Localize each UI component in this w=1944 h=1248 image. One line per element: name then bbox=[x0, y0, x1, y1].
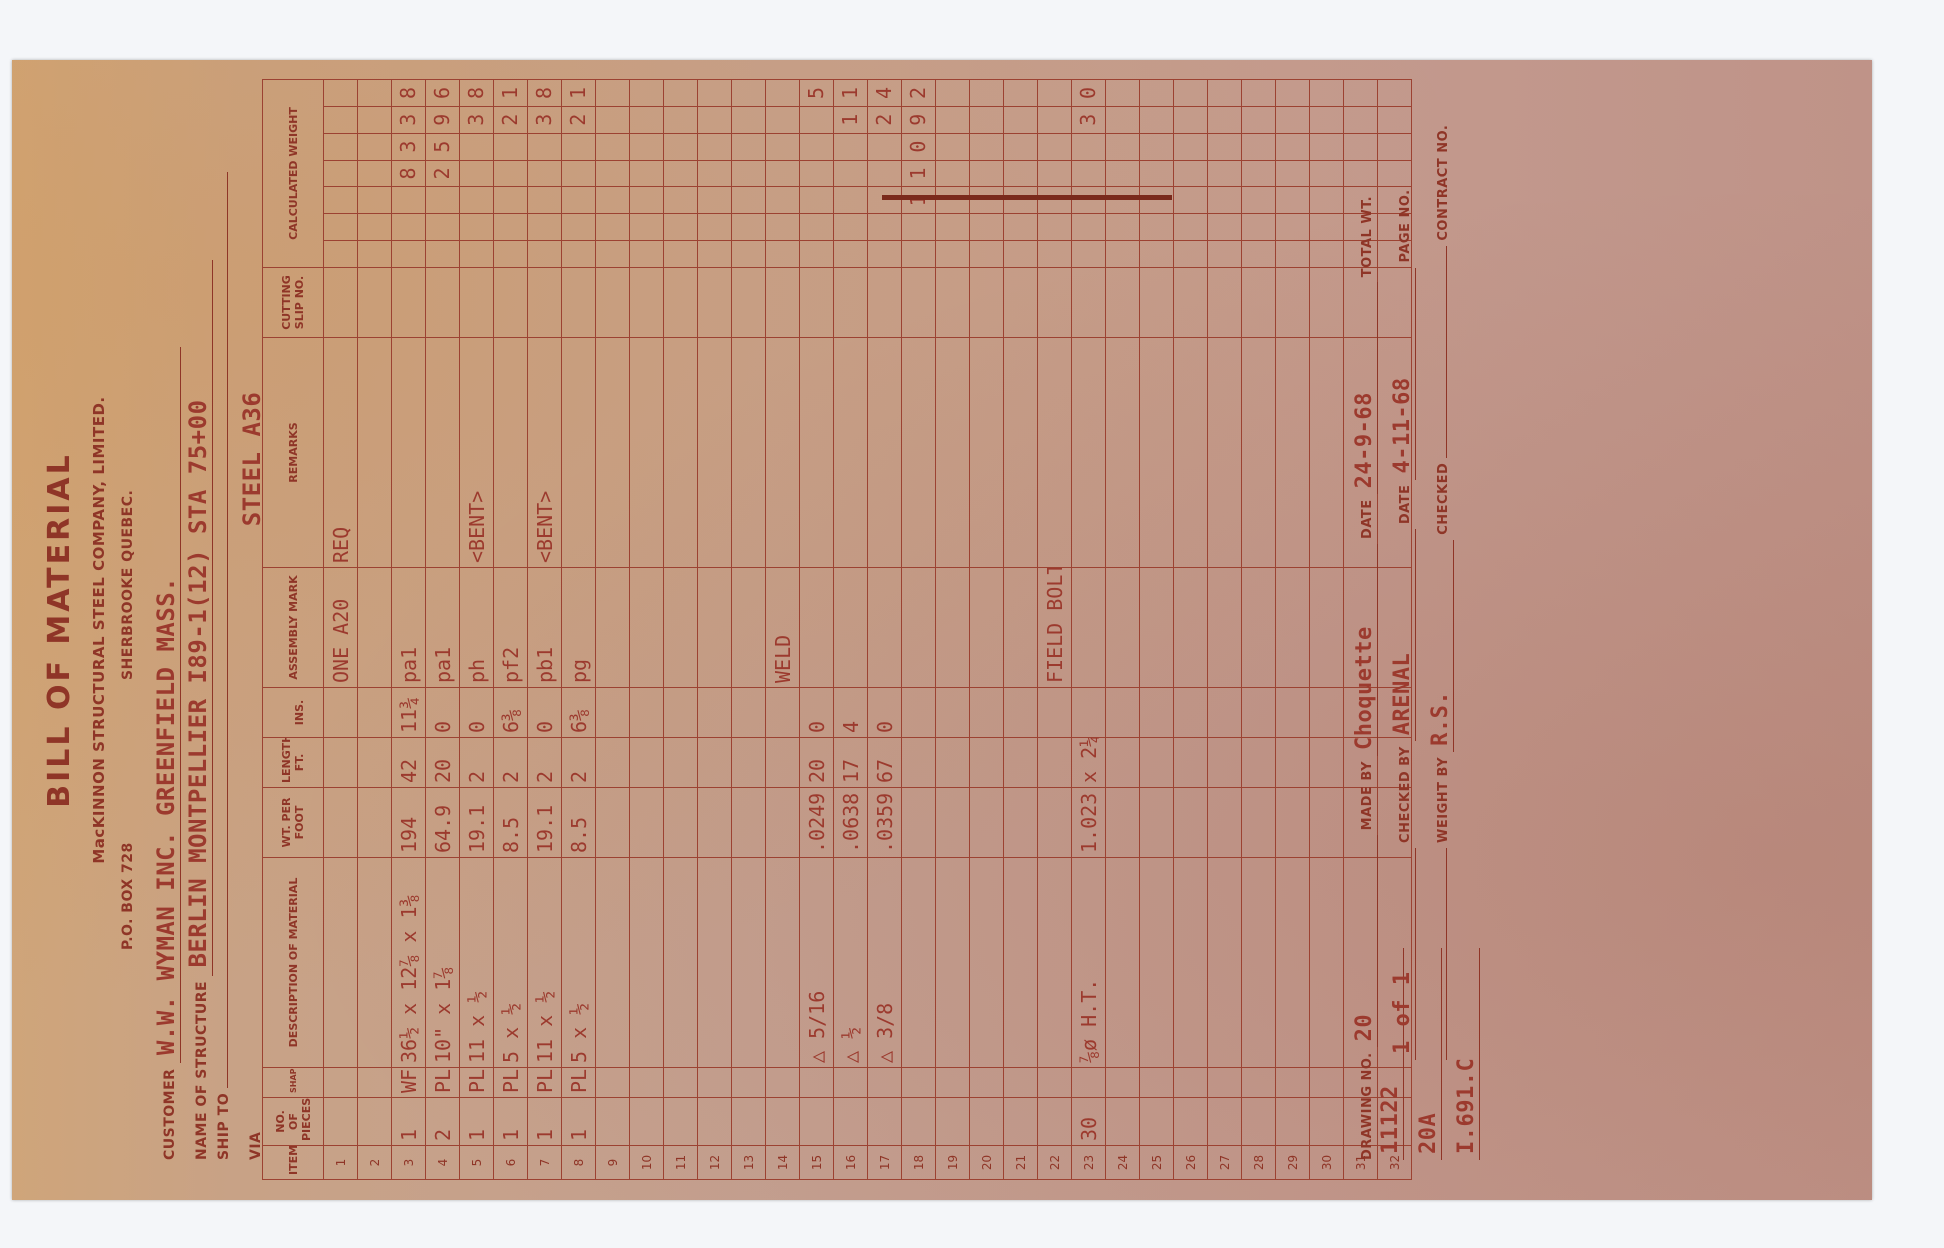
cell-slip bbox=[392, 268, 426, 338]
cell-ft: 17 bbox=[834, 738, 868, 788]
cell-pieces bbox=[1276, 1098, 1310, 1146]
weight-digit bbox=[1072, 134, 1105, 161]
cell-ft: 2 bbox=[528, 738, 562, 788]
made-by-value: Choquette bbox=[1352, 544, 1378, 756]
cell-mark bbox=[630, 568, 664, 688]
cell-slip bbox=[426, 268, 460, 338]
cell-shape bbox=[1072, 1068, 1106, 1098]
cell-pieces bbox=[358, 1098, 392, 1146]
cell-item: 4 bbox=[426, 1146, 460, 1180]
cell-item: 26 bbox=[1174, 1146, 1208, 1180]
material-table: ITEM NO. OF PIECES SHAPE DESCRIPTION OF … bbox=[262, 79, 1412, 1180]
cell-pieces bbox=[698, 1098, 732, 1146]
cell-remarks bbox=[494, 338, 528, 568]
drawing-no-value: 20 bbox=[1352, 835, 1378, 1047]
weight-digit bbox=[1174, 161, 1207, 188]
weight-digit bbox=[1242, 214, 1275, 241]
cell-pieces bbox=[1004, 1098, 1038, 1146]
cell-description bbox=[1038, 858, 1072, 1068]
weight-digit bbox=[766, 187, 799, 214]
weight-by-label: WEIGHT BY bbox=[1436, 757, 1451, 843]
weight-digit bbox=[1276, 161, 1309, 188]
weight-digit bbox=[1310, 134, 1343, 161]
cell-slip bbox=[766, 268, 800, 338]
weight-digit bbox=[664, 214, 697, 241]
table-row: 2330⅞ø H.T.1.023x 2¼30 bbox=[1072, 80, 1106, 1180]
weight-digit bbox=[494, 161, 527, 188]
cell-wt bbox=[1242, 788, 1276, 858]
cell-description bbox=[1174, 858, 1208, 1068]
cell-ft: 20 bbox=[426, 738, 460, 788]
weight-digit bbox=[1276, 134, 1309, 161]
cell-remarks bbox=[1072, 338, 1106, 568]
weight-digit bbox=[358, 187, 391, 214]
col-length-ins: INS. bbox=[263, 688, 324, 738]
cell-shape bbox=[834, 1068, 868, 1098]
cell-calculated-weight bbox=[732, 80, 766, 268]
weight-digit: 1 bbox=[562, 80, 595, 107]
cell-wt bbox=[1310, 788, 1344, 858]
cell-item: 30 bbox=[1310, 1146, 1344, 1180]
cell-pieces bbox=[596, 1098, 630, 1146]
checked-label: CHECKED bbox=[1436, 463, 1451, 535]
weight-digit bbox=[358, 80, 391, 107]
table-row: 61PL5 x ½8.526⅜pf221 bbox=[494, 80, 528, 1180]
weight-digit: 8 bbox=[528, 80, 561, 107]
cell-ft bbox=[766, 738, 800, 788]
table-row: 25 bbox=[1140, 80, 1174, 1180]
weight-digit bbox=[902, 214, 935, 241]
weight-digit bbox=[1106, 107, 1139, 134]
cell-pieces: 1 bbox=[528, 1098, 562, 1146]
weight-digit bbox=[970, 134, 1003, 161]
total-rule-line bbox=[882, 195, 1172, 200]
cell-shape bbox=[1038, 1068, 1072, 1098]
cell-slip bbox=[834, 268, 868, 338]
weight-digit bbox=[324, 214, 357, 241]
cell-ft bbox=[1106, 738, 1140, 788]
cell-description bbox=[664, 858, 698, 1068]
cell-pieces bbox=[664, 1098, 698, 1146]
cell-description: 10" x 1⅞ bbox=[426, 858, 460, 1068]
cell-pieces bbox=[800, 1098, 834, 1146]
col-remarks: REMARKS bbox=[263, 338, 324, 568]
cell-pieces: 1 bbox=[562, 1098, 596, 1146]
table-row: 1ONE A20REQ bbox=[324, 80, 358, 1180]
cell-slip bbox=[1038, 268, 1072, 338]
weight-digit bbox=[1004, 134, 1037, 161]
cell-shape bbox=[596, 1068, 630, 1098]
weight-digit: 0 bbox=[1072, 80, 1105, 107]
weight-digit bbox=[698, 241, 731, 267]
cell-item: 3 bbox=[392, 1146, 426, 1180]
table-row: 17△ 3/8.035967024 bbox=[868, 80, 902, 1180]
cell-mark bbox=[1072, 568, 1106, 688]
cell-slip bbox=[630, 268, 664, 338]
cell-slip bbox=[936, 268, 970, 338]
weight-digit bbox=[1072, 187, 1105, 214]
cell-remarks bbox=[1106, 338, 1140, 568]
weight-digit bbox=[868, 241, 901, 267]
weight-digit bbox=[766, 80, 799, 107]
cell-ft bbox=[664, 738, 698, 788]
cell-item: 23 bbox=[1072, 1146, 1106, 1180]
cell-wt bbox=[358, 788, 392, 858]
cell-item: 12 bbox=[698, 1146, 732, 1180]
weight-digit bbox=[936, 134, 969, 161]
cell-item: 29 bbox=[1276, 1146, 1310, 1180]
weight-digit bbox=[494, 241, 527, 267]
cell-calculated-weight: 21 bbox=[494, 80, 528, 268]
cell-mark bbox=[970, 568, 1004, 688]
table-row: 12 bbox=[698, 80, 732, 1180]
cell-calculated-weight bbox=[936, 80, 970, 268]
cell-ins bbox=[630, 688, 664, 738]
cell-description bbox=[1106, 858, 1140, 1068]
cell-shape bbox=[1242, 1068, 1276, 1098]
cell-description bbox=[970, 858, 1004, 1068]
ship-to-label: SHIP TO bbox=[216, 1093, 232, 1160]
weight-digit bbox=[800, 241, 833, 267]
table-row: 9 bbox=[596, 80, 630, 1180]
table-row: 31WF36½ x 12⅞ x 1⅜1944211¾pa18338 bbox=[392, 80, 426, 1180]
cell-calculated-weight: 11092 bbox=[902, 80, 936, 268]
cell-mark: pa1 bbox=[426, 568, 460, 688]
cell-mark bbox=[902, 568, 936, 688]
cell-item: 17 bbox=[868, 1146, 902, 1180]
weight-digit bbox=[528, 187, 561, 214]
cell-ins bbox=[358, 688, 392, 738]
cell-item: 24 bbox=[1106, 1146, 1140, 1180]
weight-digit: 2 bbox=[902, 80, 935, 107]
cell-item: 1 bbox=[324, 1146, 358, 1180]
cell-ins: 6⅜ bbox=[494, 688, 528, 738]
weight-digit bbox=[1004, 107, 1037, 134]
bill-of-material-sheet: BILL OF MATERIAL MacKINNON STRUCTURAL ST… bbox=[12, 60, 1872, 1200]
cell-mark bbox=[1208, 568, 1242, 688]
table-row: 26 bbox=[1174, 80, 1208, 1180]
cell-item: 28 bbox=[1242, 1146, 1276, 1180]
weight-digit bbox=[324, 241, 357, 267]
weight-digit bbox=[392, 214, 425, 241]
cell-ft: 2 bbox=[562, 738, 596, 788]
weight-digit bbox=[800, 161, 833, 188]
cell-calculated-weight bbox=[630, 80, 664, 268]
weight-digit bbox=[936, 80, 969, 107]
weight-digit: 3 bbox=[528, 107, 561, 134]
cell-mark: pa1 bbox=[392, 568, 426, 688]
cell-pieces bbox=[766, 1098, 800, 1146]
cell-ins: 4 bbox=[834, 688, 868, 738]
cell-pieces bbox=[1106, 1098, 1140, 1146]
cell-mark bbox=[1310, 568, 1344, 688]
footer-row-3: WEIGHT BY R.S. CHECKED CONTRACT NO. I.69… bbox=[1428, 60, 1480, 1160]
table-row: 81PL5 x ½8.526⅜pg21 bbox=[562, 80, 596, 1180]
weight-digit bbox=[630, 214, 663, 241]
weight-digit bbox=[1106, 161, 1139, 188]
cell-wt bbox=[1038, 788, 1072, 858]
table-row: 15△ 5/16.02492005 bbox=[800, 80, 834, 1180]
cell-shape bbox=[358, 1068, 392, 1098]
cell-slip bbox=[596, 268, 630, 338]
cell-ft: x 2¼ bbox=[1072, 738, 1106, 788]
weight-digit bbox=[1310, 187, 1343, 214]
cell-remarks bbox=[936, 338, 970, 568]
date2-label: DATE bbox=[1398, 485, 1413, 525]
weight-digit bbox=[1242, 161, 1275, 188]
weight-digit bbox=[1004, 214, 1037, 241]
weight-digit bbox=[1276, 187, 1309, 214]
cell-ft: 67 bbox=[868, 738, 902, 788]
cell-pieces: 1 bbox=[494, 1098, 528, 1146]
cell-pieces bbox=[1242, 1098, 1276, 1146]
cell-shape bbox=[1004, 1068, 1038, 1098]
weight-digit bbox=[1242, 134, 1275, 161]
cell-slip bbox=[528, 268, 562, 338]
weight-digit: 8 bbox=[392, 161, 425, 188]
cell-slip bbox=[970, 268, 1004, 338]
cell-ft bbox=[1038, 738, 1072, 788]
cell-calculated-weight bbox=[324, 80, 358, 268]
weight-digit bbox=[324, 107, 357, 134]
weight-digit: 3 bbox=[460, 107, 493, 134]
company-name: MacKINNON STRUCTURAL STEEL COMPANY, LIMI… bbox=[90, 60, 108, 1200]
cell-calculated-weight bbox=[1038, 80, 1072, 268]
weight-digit bbox=[1038, 134, 1071, 161]
length-ins-label: INS. bbox=[293, 700, 306, 725]
col-assembly-mark: ASSEMBLY MARK bbox=[263, 568, 324, 688]
cell-wt: 1.023 bbox=[1072, 788, 1106, 858]
cell-remarks bbox=[596, 338, 630, 568]
cell-slip bbox=[664, 268, 698, 338]
cell-ft: 42 bbox=[392, 738, 426, 788]
weight-digit bbox=[868, 187, 901, 214]
weight-digit bbox=[1038, 161, 1071, 188]
weight-digit bbox=[664, 107, 697, 134]
weight-digit bbox=[1242, 80, 1275, 107]
cell-ins bbox=[1276, 688, 1310, 738]
weight-digit bbox=[732, 161, 765, 188]
weight-digit bbox=[1276, 107, 1309, 134]
cell-mark bbox=[868, 568, 902, 688]
cell-description: △ ½ bbox=[834, 858, 868, 1068]
cell-ins bbox=[970, 688, 1004, 738]
weight-digit bbox=[1310, 107, 1343, 134]
cell-shape bbox=[698, 1068, 732, 1098]
cell-mark: ONE A20 bbox=[324, 568, 358, 688]
weight-digit bbox=[562, 161, 595, 188]
weight-digit: 3 bbox=[1072, 107, 1105, 134]
cell-remarks bbox=[630, 338, 664, 568]
cell-item: 9 bbox=[596, 1146, 630, 1180]
cell-remarks bbox=[1208, 338, 1242, 568]
cell-pieces: 1 bbox=[460, 1098, 494, 1146]
cell-mark: FIELD BOLTS bbox=[1038, 568, 1072, 688]
weight-digit bbox=[562, 214, 595, 241]
cell-description bbox=[698, 858, 732, 1068]
weight-digit bbox=[630, 80, 663, 107]
cell-calculated-weight: 38 bbox=[528, 80, 562, 268]
cell-shape bbox=[1140, 1068, 1174, 1098]
ship-to-value bbox=[227, 172, 228, 1088]
cell-remarks bbox=[664, 338, 698, 568]
weight-digit bbox=[494, 134, 527, 161]
weight-digit bbox=[936, 107, 969, 134]
weight-digit bbox=[1072, 161, 1105, 188]
cell-ft bbox=[902, 738, 936, 788]
table-row: 19 bbox=[936, 80, 970, 1180]
sheet-count-value: 1 of 1 bbox=[1390, 848, 1416, 1060]
col-calculated-weight: CALCULATED WEIGHT bbox=[263, 80, 324, 268]
weight-digit bbox=[800, 187, 833, 214]
length-label: LENGTH bbox=[280, 738, 293, 784]
weight-digit bbox=[970, 187, 1003, 214]
checked-value bbox=[1446, 246, 1447, 458]
cell-pieces bbox=[1208, 1098, 1242, 1146]
cell-item: 10 bbox=[630, 1146, 664, 1180]
customer-label: CUSTOMER bbox=[162, 1069, 178, 1160]
cell-wt bbox=[1174, 788, 1208, 858]
cell-mark bbox=[936, 568, 970, 688]
cell-calculated-weight bbox=[1106, 80, 1140, 268]
cell-pieces bbox=[834, 1098, 868, 1146]
cell-slip bbox=[460, 268, 494, 338]
cell-item: 22 bbox=[1038, 1146, 1072, 1180]
cell-remarks bbox=[902, 338, 936, 568]
company-city: SHERBROOKE QUEBEC. bbox=[120, 490, 136, 680]
weight-digit bbox=[324, 80, 357, 107]
cell-mark bbox=[664, 568, 698, 688]
cell-shape bbox=[324, 1068, 358, 1098]
weight-digit: 4 bbox=[868, 80, 901, 107]
weight-digit bbox=[936, 161, 969, 188]
weight-digit: 9 bbox=[426, 107, 459, 134]
weight-digit bbox=[392, 241, 425, 267]
cell-description bbox=[732, 858, 766, 1068]
cell-pieces bbox=[970, 1098, 1004, 1146]
cell-wt bbox=[936, 788, 970, 858]
total-wt-label: TOTAL WT. bbox=[1360, 196, 1375, 277]
cell-shape: PL bbox=[528, 1068, 562, 1098]
cell-calculated-weight bbox=[970, 80, 1004, 268]
weight-digit bbox=[460, 241, 493, 267]
cell-mark bbox=[834, 568, 868, 688]
cell-description bbox=[936, 858, 970, 1068]
weight-digit bbox=[1276, 80, 1309, 107]
weight-digit bbox=[1038, 214, 1071, 241]
cell-wt bbox=[970, 788, 1004, 858]
weight-digit bbox=[358, 161, 391, 188]
weight-digit bbox=[834, 241, 867, 267]
cell-wt bbox=[1208, 788, 1242, 858]
weight-digit bbox=[1310, 80, 1343, 107]
cell-ins: 6⅜ bbox=[562, 688, 596, 738]
cell-ins bbox=[902, 688, 936, 738]
weight-digit bbox=[834, 214, 867, 241]
structure-field: NAME OF STRUCTURE BERLIN MONTPELLIER I89… bbox=[184, 260, 213, 1160]
cell-pieces bbox=[936, 1098, 970, 1146]
weight-digit bbox=[766, 214, 799, 241]
cell-wt bbox=[1004, 788, 1038, 858]
cell-mark: pf2 bbox=[494, 568, 528, 688]
table-row: 22FIELD BOLTS bbox=[1038, 80, 1072, 1180]
cell-remarks bbox=[970, 338, 1004, 568]
weight-digit bbox=[698, 214, 731, 241]
cell-wt bbox=[1106, 788, 1140, 858]
cell-mark: ph bbox=[460, 568, 494, 688]
cell-shape: PL bbox=[494, 1068, 528, 1098]
cell-description bbox=[1140, 858, 1174, 1068]
cell-description bbox=[766, 858, 800, 1068]
weight-digit: 8 bbox=[460, 80, 493, 107]
weight-digit bbox=[936, 241, 969, 267]
cell-wt: .0359 bbox=[868, 788, 902, 858]
cell-ins bbox=[1310, 688, 1344, 738]
contract-no-value: I.691.C bbox=[1454, 948, 1480, 1160]
weight-digit bbox=[936, 214, 969, 241]
cell-calculated-weight bbox=[1208, 80, 1242, 268]
document-title: BILL OF MATERIAL bbox=[42, 60, 77, 1200]
weight-digit bbox=[766, 107, 799, 134]
cell-pieces: 30 bbox=[1072, 1098, 1106, 1146]
weight-digit bbox=[1140, 187, 1173, 214]
drawing-no-label: DRAWING NO. bbox=[1360, 1052, 1375, 1160]
table-row: 16△ ½.063817411 bbox=[834, 80, 868, 1180]
cell-slip bbox=[562, 268, 596, 338]
cell-mark bbox=[596, 568, 630, 688]
weight-digit: 2 bbox=[494, 107, 527, 134]
cell-ins bbox=[936, 688, 970, 738]
weight-digit bbox=[766, 161, 799, 188]
weight-digit bbox=[426, 187, 459, 214]
weight-digit bbox=[936, 187, 969, 214]
weight-digit bbox=[562, 134, 595, 161]
weight-digit bbox=[596, 107, 629, 134]
weight-digit bbox=[1174, 214, 1207, 241]
weight-digit bbox=[732, 241, 765, 267]
table-row: 28 bbox=[1242, 80, 1276, 1180]
cell-ft bbox=[1004, 738, 1038, 788]
cell-shape bbox=[766, 1068, 800, 1098]
cell-shape bbox=[1106, 1068, 1140, 1098]
cell-remarks: <BENT> bbox=[460, 338, 494, 568]
checked-by-label: CHECKED BY bbox=[1398, 746, 1413, 843]
weight-digit bbox=[1038, 107, 1071, 134]
weight-digit: 8 bbox=[392, 80, 425, 107]
cell-description: 36½ x 12⅞ x 1⅜ bbox=[392, 858, 426, 1068]
weight-digit bbox=[834, 134, 867, 161]
weight-digit bbox=[664, 134, 697, 161]
structure-label: NAME OF STRUCTURE bbox=[194, 981, 210, 1160]
cell-item: 15 bbox=[800, 1146, 834, 1180]
cell-ft bbox=[732, 738, 766, 788]
cell-ins: 0 bbox=[528, 688, 562, 738]
cell-wt bbox=[1276, 788, 1310, 858]
weight-digit: 6 bbox=[426, 80, 459, 107]
weight-digit: 3 bbox=[392, 107, 425, 134]
cell-wt: 19.1 bbox=[528, 788, 562, 858]
weight-digit bbox=[1004, 187, 1037, 214]
cell-item: 27 bbox=[1208, 1146, 1242, 1180]
cell-remarks bbox=[562, 338, 596, 568]
cell-remarks bbox=[766, 338, 800, 568]
weight-digit bbox=[1140, 161, 1173, 188]
weight-digit bbox=[1208, 80, 1241, 107]
weight-digit bbox=[1106, 80, 1139, 107]
cell-calculated-weight: 38 bbox=[460, 80, 494, 268]
weight-digit bbox=[1106, 187, 1139, 214]
cell-description bbox=[324, 858, 358, 1068]
